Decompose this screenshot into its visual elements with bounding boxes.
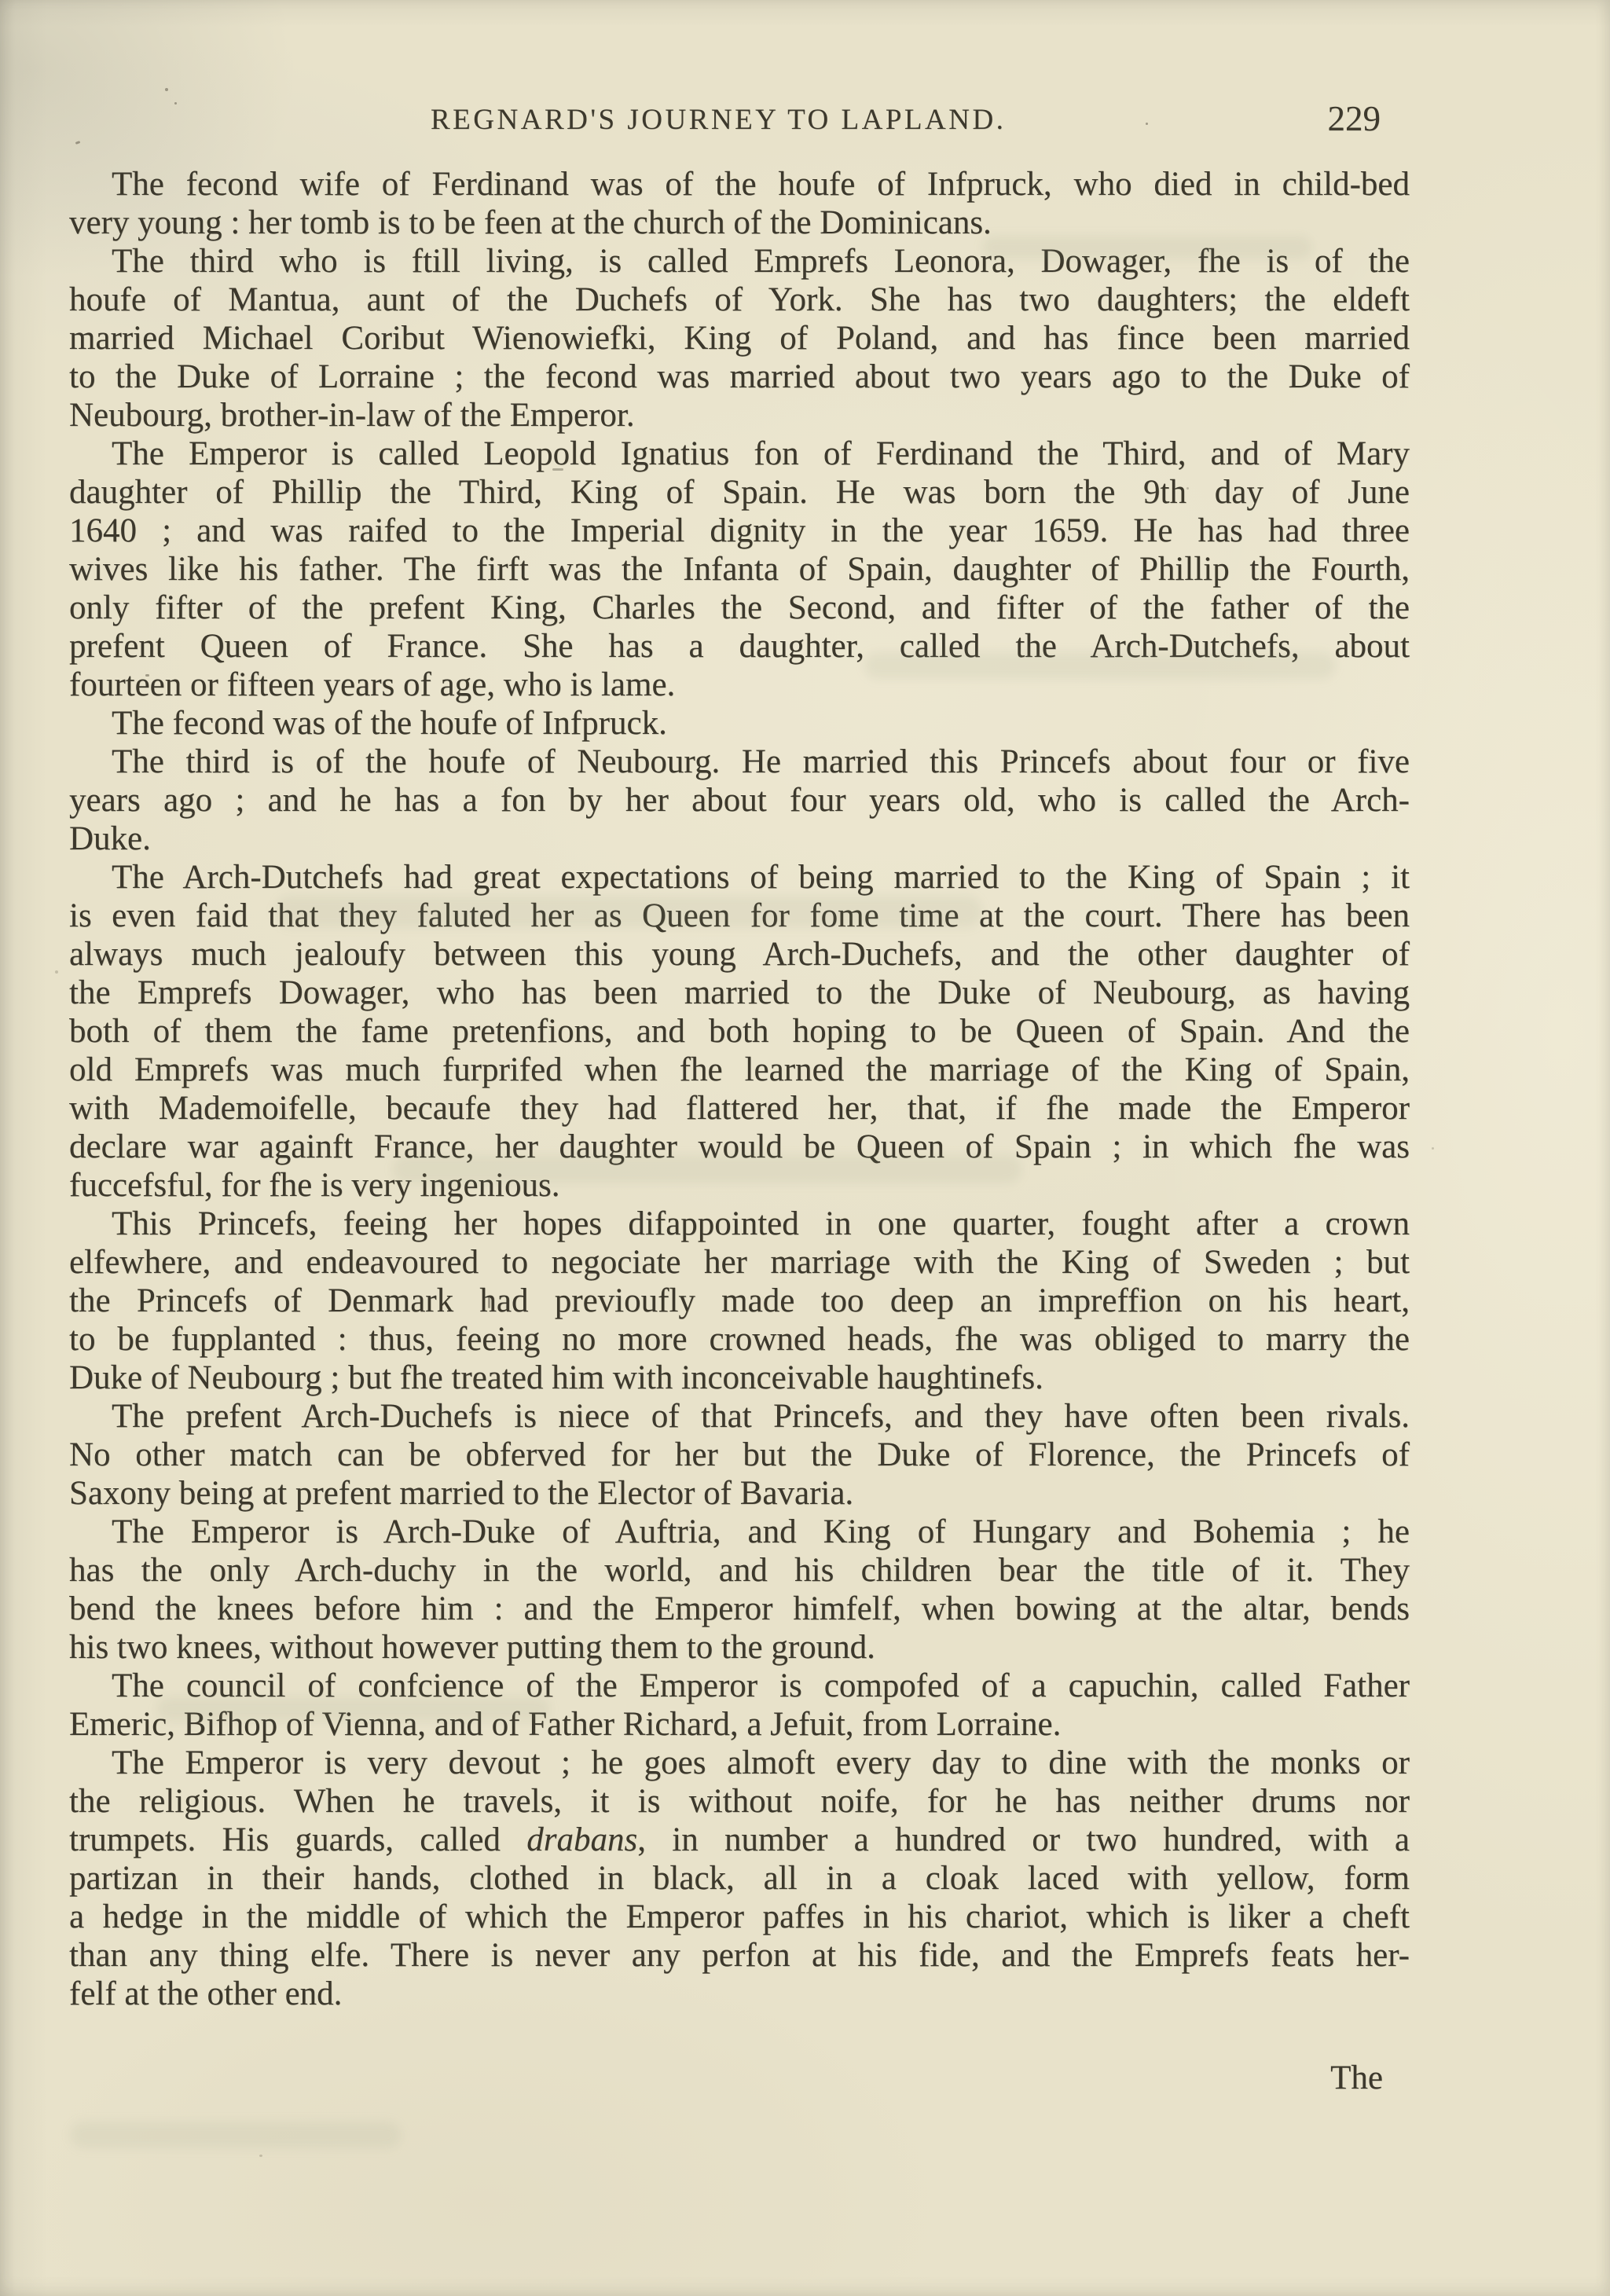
text-line: The Emperor is Arch-Duke of Auftria, and… [69,1513,1410,1551]
text-segment: always much jealoufy between this young … [69,936,1410,973]
text-line: years ago ; and he has a fon by her abou… [69,781,1410,820]
text-line: Neubourg, brother-in-law of the Emperor. [69,396,1410,435]
show-through-blob [982,236,1312,259]
text-block: The fecond wife of Ferdinand was of the … [69,165,1410,2013]
text-line: elfewhere, and endeavoured to negociate … [69,1243,1410,1282]
paragraph: The fecond was of the houfe of Infpruck. [69,704,1410,743]
text-segment: houfe of Mantua, aunt of the Duchefs of … [69,281,1410,318]
page-number: 229 [1328,99,1381,138]
text-segment: partizan in their hands, clothed in blac… [69,1860,1410,1897]
text-line: married Michael Coribut Wienowiefki, Kin… [69,319,1410,358]
text-segment: The third is of the houfe of Neubourg. H… [112,743,1410,780]
ink-speck [165,88,168,91]
text-line: 1640 ; and was raifed to the Imperial di… [69,512,1410,550]
ink-speck [55,970,58,974]
paragraph: The fecond wife of Ferdinand was of the … [69,165,1410,242]
show-through-blob [71,2122,401,2148]
text-line: always much jealoufy between this young … [69,935,1410,974]
text-segment: fourteen or fifteen years of age, who is… [69,666,675,703]
text-line: the religious. When he travels, it is wi… [69,1782,1410,1821]
paragraph: The third who is ftill living, is called… [69,242,1410,435]
italic-text: drabans [526,1821,637,1858]
ink-speck [1186,487,1189,490]
text-line: This Princefs, feeing her hopes difappoi… [69,1205,1410,1243]
text-line: both of them the fame pretenfions, and b… [69,1012,1410,1051]
text-line: to the Duke of Lorraine ; the fecond was… [69,358,1410,396]
text-segment: the Emprefs Dowager, who has been marrie… [69,974,1410,1011]
text-segment: The Emperor is Arch-Duke of Auftria, and… [112,1513,1410,1550]
book-page-scan: REGNARD'S JOURNEY TO LAPLAND. 229 The fe… [0,0,1610,2296]
text-segment: a hedge in the middle of which the Emper… [69,1898,1410,1935]
text-line: bend the knees before him : and the Empe… [69,1590,1410,1628]
text-segment: felf at the other end. [69,1975,342,2012]
text-line: felf at the other end. [69,1975,1410,2013]
text-segment: with Mademoifelle, becaufe they had flat… [69,1090,1410,1127]
text-segment: Duke of Neubourg ; but fhe treated him w… [69,1359,1043,1396]
text-segment: has the only Arch-duchy in the world, an… [69,1552,1410,1589]
text-segment: old Emprefs was much furprifed when fhe … [69,1051,1410,1088]
paragraph: The third is of the houfe of Neubourg. H… [69,743,1410,858]
text-line: The third is of the houfe of Neubourg. H… [69,743,1410,781]
text-segment: his two knees, without however putting t… [69,1629,875,1666]
text-line: Duke of Neubourg ; but fhe treated him w… [69,1359,1410,1397]
text-segment: daughter of Phillip the Third, King of S… [69,474,1410,511]
text-line: Duke. [69,820,1410,858]
text-segment: The fecond wife of Ferdinand was of the … [112,166,1410,203]
ink-speck [488,1297,490,1308]
ink-speck [552,468,563,471]
text-segment: , in number a hundred or two hundred, wi… [637,1821,1410,1858]
text-segment: The Emperor is very devout ; he goes alm… [112,1744,1410,1781]
text-segment: Saxony being at prefent married to the E… [69,1475,853,1512]
text-segment: both of them the fame pretenfions, and b… [69,1013,1410,1050]
text-segment: married Michael Coribut Wienowiefki, Kin… [69,320,1410,357]
text-line: only fifter of the prefent King, Charles… [69,589,1410,627]
text-segment: only fifter of the prefent King, Charles… [69,589,1410,626]
show-through-blob [157,1697,550,1721]
text-segment: trumpets. His guards, called [69,1821,526,1858]
text-segment: The prefent Arch-Duchefs is niece of tha… [112,1398,1410,1435]
text-segment: years ago ; and he has a fon by her abou… [69,782,1410,819]
text-line: with Mademoifelle, becaufe they had flat… [69,1089,1410,1128]
paragraph: This Princefs, feeing her hopes difappoi… [69,1205,1410,1397]
text-segment: No other match can be obferved for her b… [69,1436,1410,1473]
text-segment: elfewhere, and endeavoured to negociate … [69,1244,1410,1281]
ink-speck [1432,1147,1434,1150]
running-header: REGNARD'S JOURNEY TO LAPLAND. [431,102,1006,138]
text-line: The Emperor is called Leopold Ignatius f… [69,435,1410,473]
text-segment: The Arch-Dutchefs had great expectations… [112,859,1410,896]
show-through-blob [393,1155,1021,1183]
ink-speck [1146,123,1148,125]
ink-speck [174,102,177,105]
text-segment: wives like his father. The firft was the… [69,551,1410,588]
text-line: The Emperor is very devout ; he goes alm… [69,1744,1410,1782]
ink-speck [75,141,81,145]
text-line: his two knees, without however putting t… [69,1628,1410,1667]
text-line: old Emprefs was much furprifed when fhe … [69,1051,1410,1089]
text-line: Saxony being at prefent married to the E… [69,1474,1410,1513]
text-line: The fecond wife of Ferdinand was of the … [69,165,1410,204]
text-segment: Neubourg, brother-in-law of the Emperor. [69,397,635,434]
text-segment: than any thing elfe. There is never any … [69,1937,1410,1974]
text-line: No other match can be obferved for her b… [69,1436,1410,1474]
text-line: The fecond was of the houfe of Infpruck. [69,704,1410,743]
text-segment: the religious. When he travels, it is wi… [69,1783,1410,1820]
catchword: The [1330,2059,1383,2097]
text-line: a hedge in the middle of which the Emper… [69,1898,1410,1936]
text-segment: This Princefs, feeing her hopes difappoi… [112,1205,1410,1242]
text-segment: The Emperor is called Leopold Ignatius f… [112,435,1410,472]
paragraph: The Emperor is Arch-Duke of Auftria, and… [69,1513,1410,1667]
text-line: than any thing elfe. There is never any … [69,1936,1410,1975]
text-line: to be fupplanted : thus, feeing no more … [69,1320,1410,1359]
ink-speck [145,674,149,677]
text-line: The Arch-Dutchefs had great expectations… [69,858,1410,897]
text-line: trumpets. His guards, called drabans, in… [69,1821,1410,1859]
text-line: has the only Arch-duchy in the world, an… [69,1551,1410,1590]
text-line: The prefent Arch-Duchefs is niece of tha… [69,1397,1410,1436]
text-segment: to be fupplanted : thus, feeing no more … [69,1321,1410,1358]
text-line: the Princefs of Denmark had previoufly m… [69,1282,1410,1320]
text-segment: to the Duke of Lorraine ; the fecond was… [69,358,1410,395]
text-segment: The fecond was of the houfe of Infpruck. [112,705,667,742]
show-through-blob [275,896,982,927]
show-through-blob [864,652,1336,679]
paragraph: The prefent Arch-Duchefs is niece of tha… [69,1397,1410,1513]
text-line: partizan in their hands, clothed in blac… [69,1859,1410,1898]
text-line: the Emprefs Dowager, who has been marrie… [69,974,1410,1012]
text-line: daughter of Phillip the Third, King of S… [69,473,1410,512]
ink-speck [259,2155,262,2157]
text-segment: 1640 ; and was raifed to the Imperial di… [69,512,1410,549]
text-segment: very young : her tomb is to be feen at t… [69,204,992,241]
text-segment: bend the knees before him : and the Empe… [69,1590,1410,1627]
paragraph: The Emperor is very devout ; he goes alm… [69,1744,1410,2013]
text-line: houfe of Mantua, aunt of the Duchefs of … [69,281,1410,319]
text-line: wives like his father. The firft was the… [69,550,1410,589]
text-segment: the Princefs of Denmark had previoufly m… [69,1282,1410,1319]
text-segment: Duke. [69,820,151,857]
